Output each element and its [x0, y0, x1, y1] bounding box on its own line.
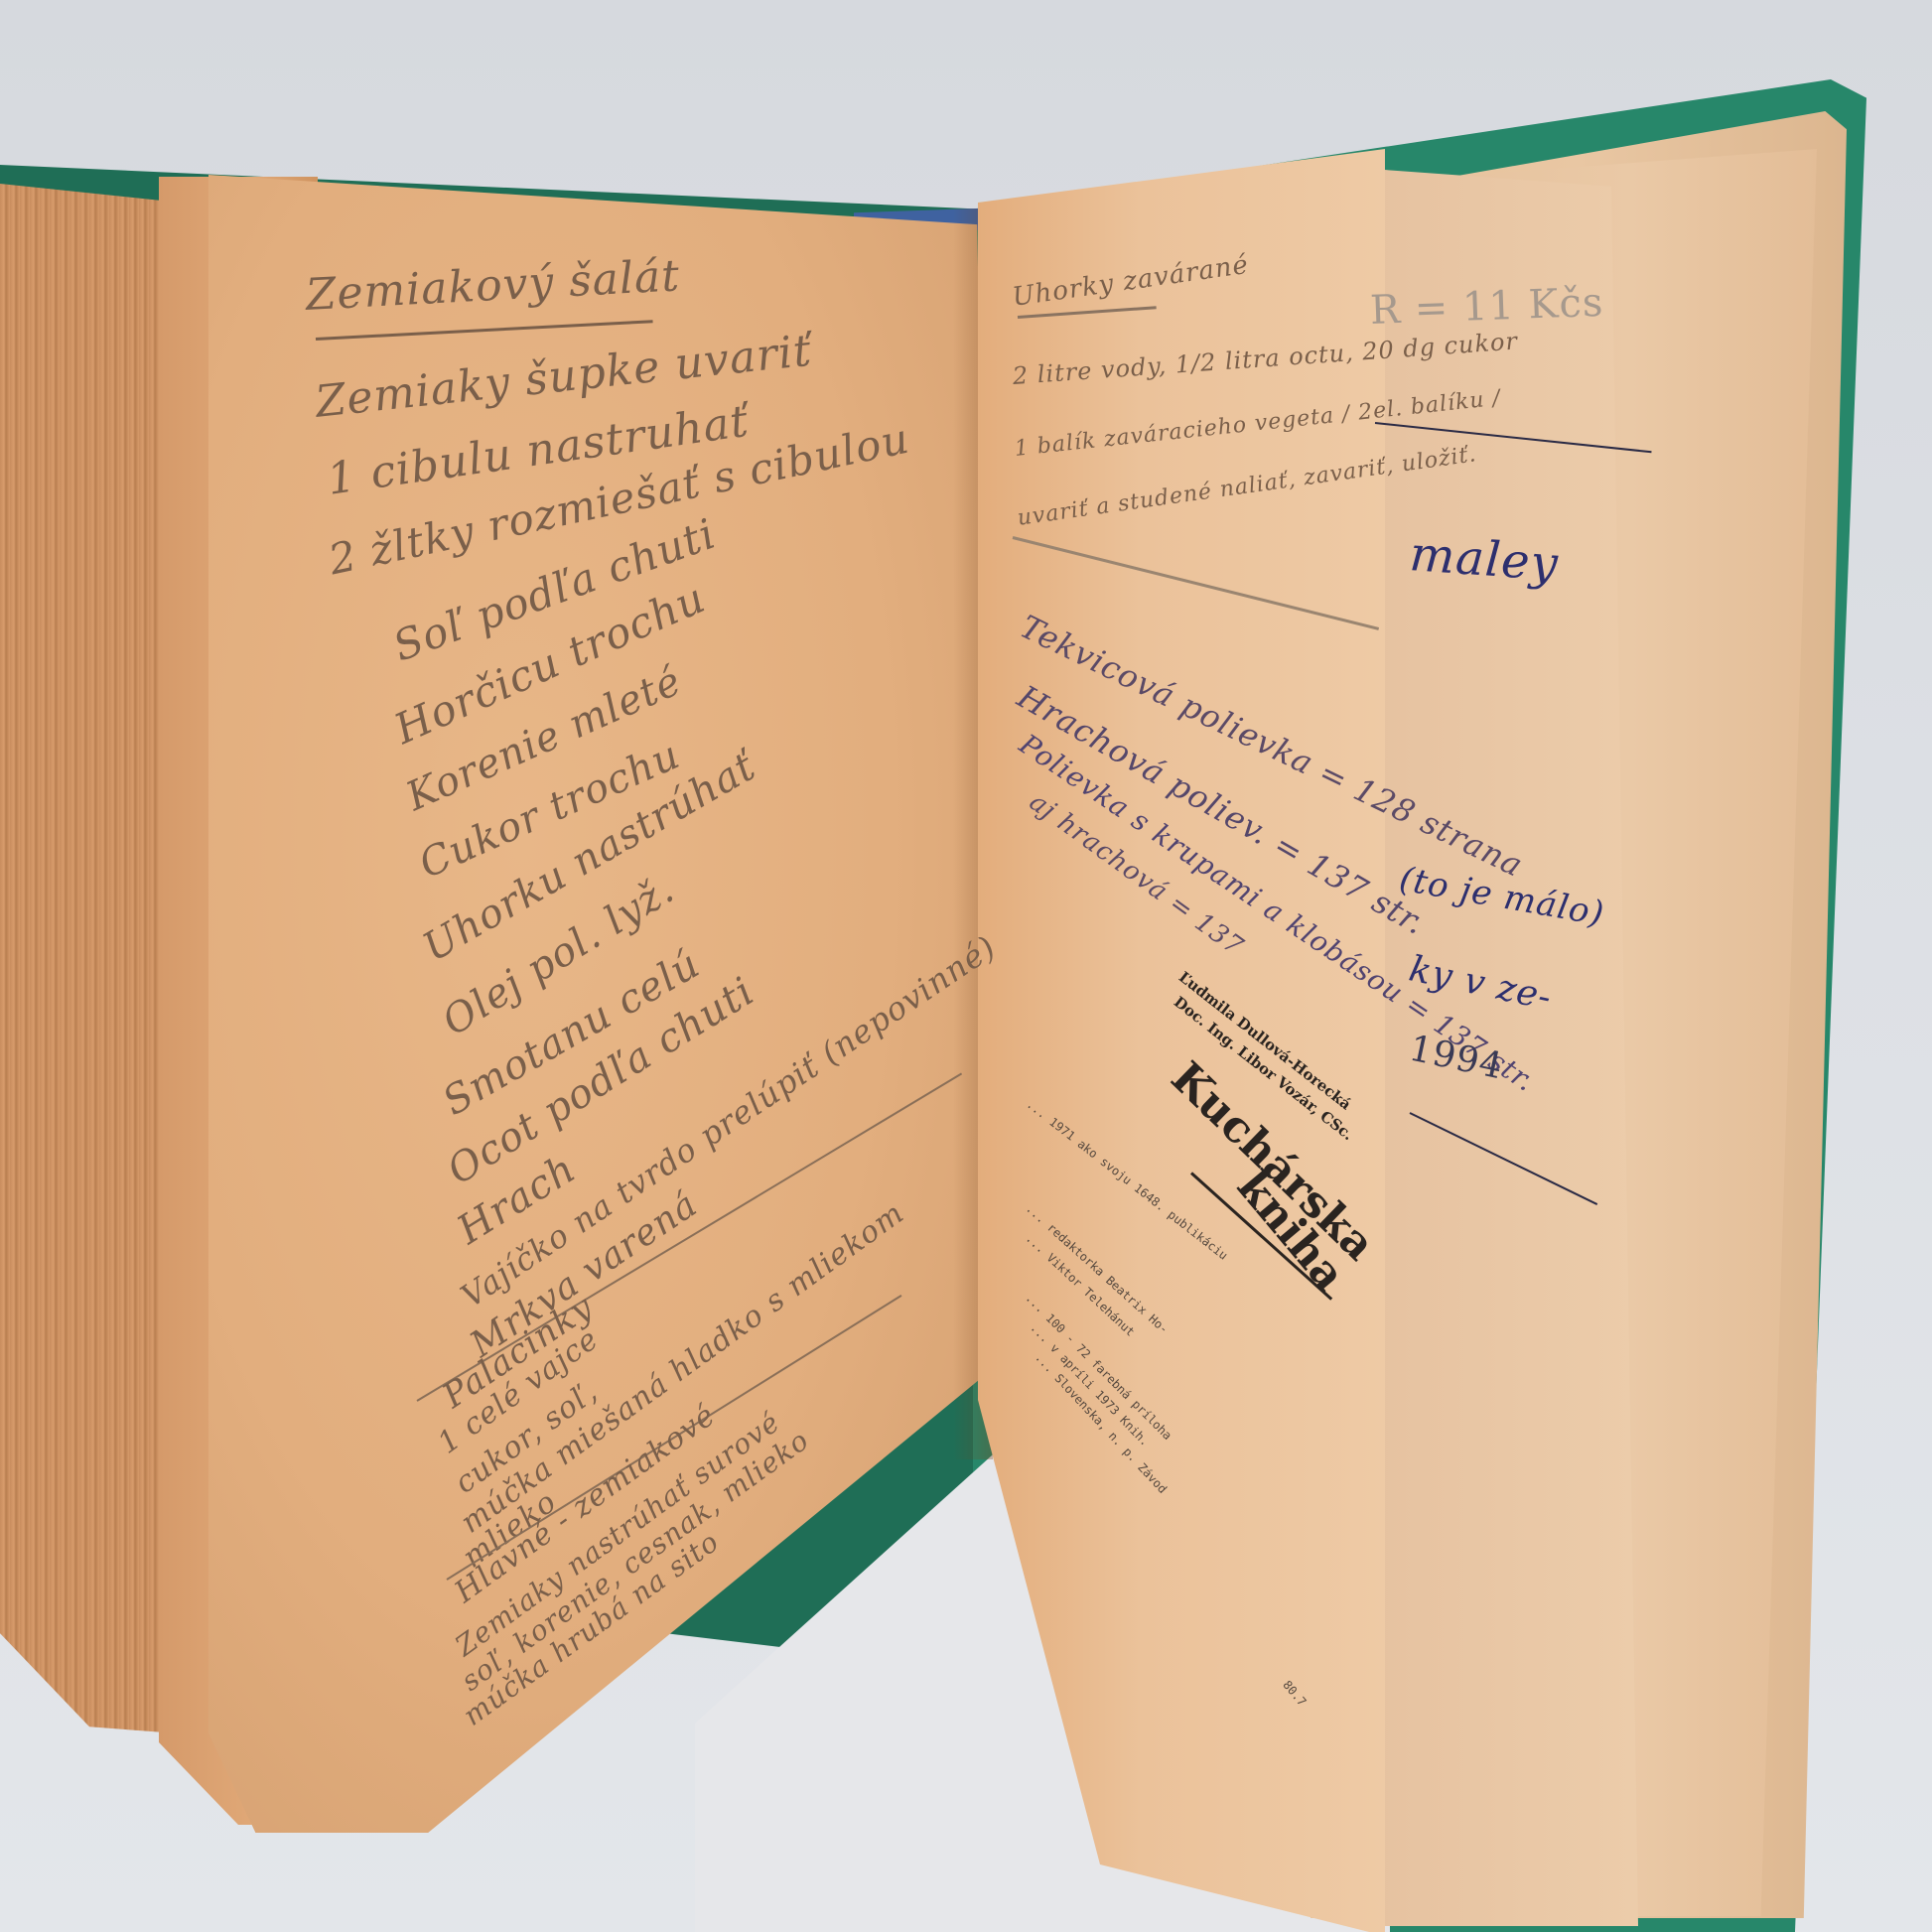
word-maley: maley: [1408, 526, 1561, 592]
price-note: R = 11 Kčs: [1369, 280, 1604, 334]
